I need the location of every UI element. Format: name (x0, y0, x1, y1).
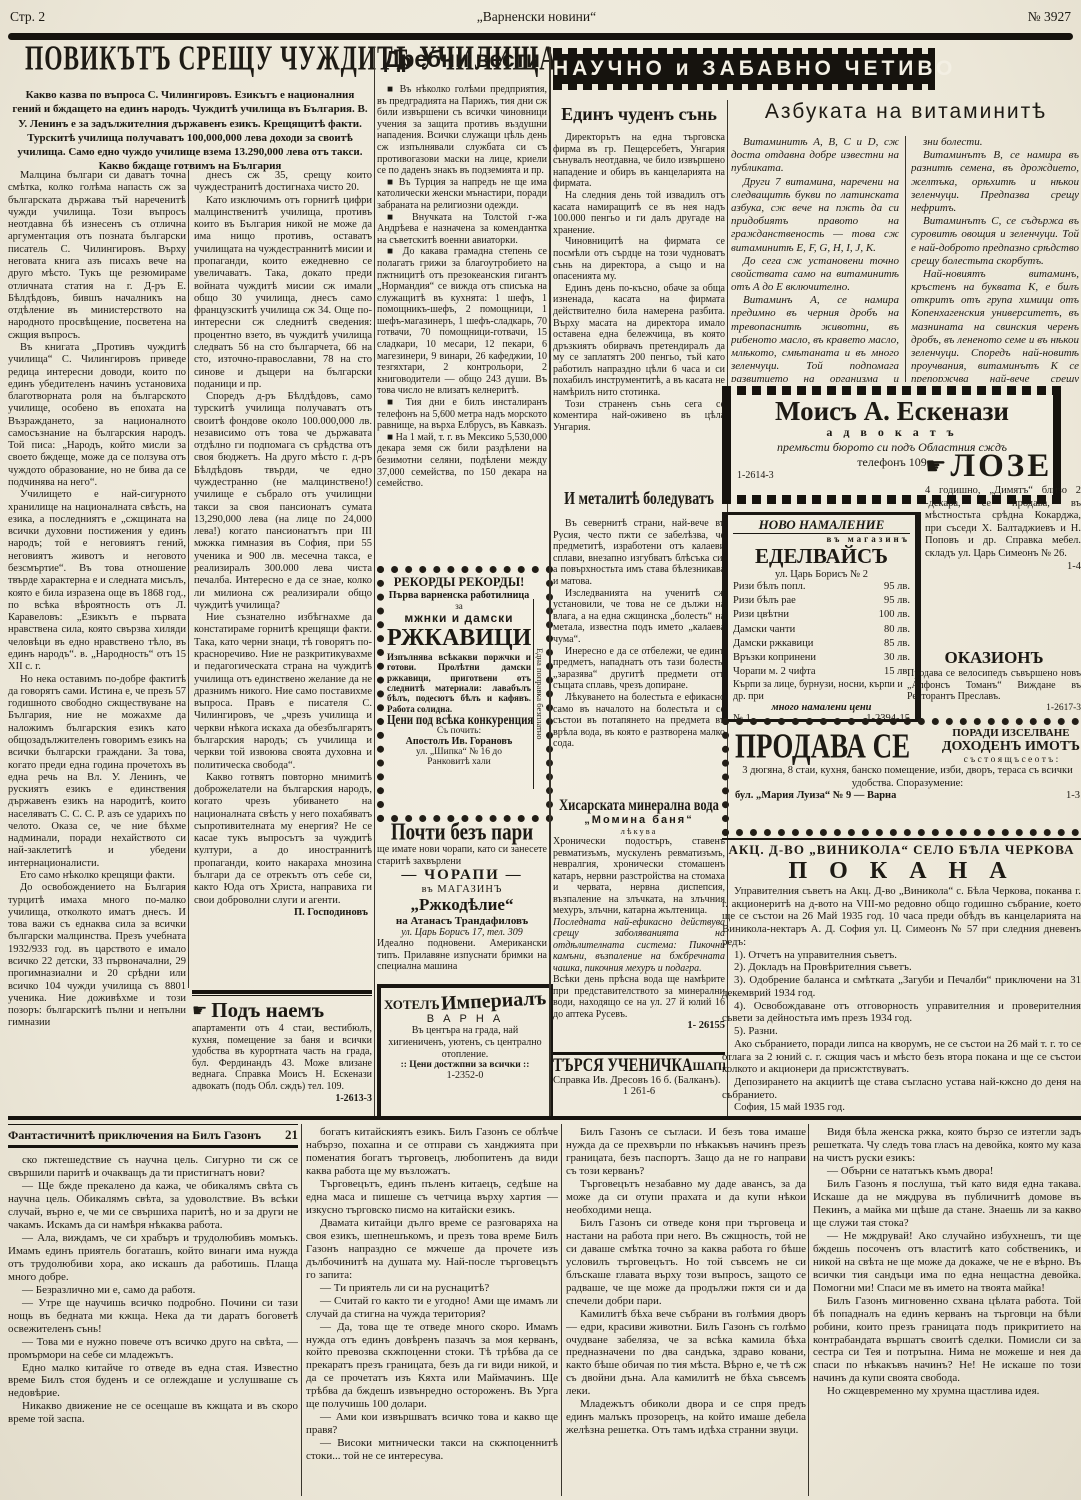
chorapi-title: Почти безъ пари (391, 822, 533, 847)
rkavici-line2: Първа варненска работилница (387, 590, 531, 601)
metals-headline: И металитѣ боледуватъ (553, 490, 725, 508)
vitamins-column-1: Витаминитѣ А, В, С и D, сж доста отдавна… (731, 136, 899, 382)
section-rule (374, 47, 375, 1116)
paragraph: ■ Въ Турция за напредъ не ще има католич… (377, 177, 547, 212)
paragraph: Училището е най-сигурното хранилище на н… (8, 489, 186, 673)
paragraph: Този страненъ сънь сега се коментира най… (553, 399, 725, 434)
column-rule (561, 1124, 562, 1496)
paragraph: Ето само нѣколко крещящи факти. (8, 870, 186, 882)
serial-episode-number: 21 (285, 1127, 298, 1143)
prodava-body: 3 дюгяна, 8 стаи, кухня, банско помещени… (735, 765, 1080, 790)
metals-body: Въ севернитѣ страни, най-вече въ Русия, … (553, 518, 725, 794)
column-rule (808, 1124, 809, 1496)
dream-body: Директорътъ на една търговска фирма въ г… (553, 132, 725, 484)
hisar-title: Хисарската минерална вода (559, 796, 719, 815)
price-cell: Дамски чанти (733, 623, 795, 637)
chorapi-lead: ще имате нови чорапи, като си занесете с… (377, 844, 547, 867)
masthead: Стр. 2 „Варненски новини“ № 3927 (10, 9, 1071, 25)
hisar-cures-label: лѣкува (553, 826, 725, 836)
prodava-addr: бул. „Мария Луиза“ № 9 — Варна (735, 790, 896, 801)
paragraph: Директорътъ на една търговска фирма въ г… (553, 132, 725, 190)
paragraph: Споредъ д-ръ Бѣлдѣдовъ, само турскитѣ уч… (194, 391, 372, 612)
paragraph: Витаминътъ С, се съдържа въ суровитѣ ово… (911, 215, 1079, 268)
paragraph: 3). Одобрение баланса и смѣтката „Загуби… (722, 974, 1081, 999)
hisar-body3: Всѣки день прѣсна вода ще намѣрите при п… (553, 974, 725, 1020)
paragraph: — Ала, виждамъ, че си храбъръ и трудолюб… (8, 1232, 298, 1284)
chorapi-body: Идеално подновени. Американски типъ. При… (377, 938, 547, 973)
paragraph: Управителния съветъ на Акц. Д-во „Винико… (722, 885, 1081, 949)
paragraph: — Ти приятель ли си на руснацитѣ? (306, 1282, 558, 1295)
ad-rule (553, 1052, 725, 1055)
edelweiss-address: ул. Царь Борисъ № 2 (733, 569, 910, 580)
pokana-title: П О К А Н А (722, 858, 1081, 885)
price-cell: Дамски ржкавици (733, 637, 813, 651)
prodava-r3: с ъ с т о я щ ъ с е о т ъ : (942, 755, 1080, 765)
okazion-code: 1-2617-3 (907, 703, 1081, 713)
science-banner-band: НАУЧНО и ЗАБАВНО ЧЕТИВО (553, 54, 935, 84)
paragraph: 2). Докладъ на Провѣрителния съветъ. (722, 961, 1081, 974)
paragraph: Никакво движение не се осещаше въ кжщата… (8, 1400, 298, 1426)
hat-title: ТЪРСЯ УЧЕНИЧКА (553, 1058, 693, 1077)
paragraph: зни болести. (911, 136, 1079, 149)
article-signature: П. Господиновъ (194, 907, 372, 918)
paragraph: Младежътъ обиколи двора и се спря предъ … (566, 1398, 806, 1437)
pod-naem-ad: ☛ Подъ наемъ апартаменти отъ 4 стаи, вес… (192, 990, 372, 1118)
issue-number: № 3927 (1028, 9, 1071, 25)
paragraph: Лѣкуването на болестьта е ефикасно само … (553, 692, 725, 750)
paragraph: Чиновницитѣ на фирмата се посмѣли отъ съ… (553, 236, 725, 282)
column-rule (188, 170, 189, 988)
serial-column-2: богатъ китайскиятъ езикъ. Билъ Газонъ се… (306, 1126, 558, 1496)
paragraph: Едно малко китайче го отведе въ една ста… (8, 1362, 298, 1401)
drebni-vesti-header: Дребни вести (377, 46, 547, 73)
paragraph: Други 7 витамина, наречени на следващитѣ… (731, 176, 899, 255)
rkavici-line3: за (387, 601, 531, 611)
hotel-city: В А Р Н А (384, 1013, 546, 1025)
column-rule (905, 136, 906, 382)
edelweiss-price-list: Ризи бѣлъ попл.95 лв.Ризи бѣлъ рае95 лв.… (733, 580, 910, 679)
price-row: Дамски чанти80 лв. (733, 623, 910, 637)
price-cell: 100 лв. (879, 608, 910, 622)
edelweiss-ad: НОВО НАМАЛЕНИЕ въ магазинъ ЕДЕЛВАЙСЪ ул.… (722, 512, 921, 722)
chorapi-ad: Почти безъ пари ще имате нови чорапи, ка… (377, 822, 547, 980)
paragraph: Витаминъ А, се намира предимно въ черния… (731, 294, 899, 382)
paragraph: Изследванията на ученитѣ сж установили, … (553, 588, 725, 646)
price-cell: Чорапи м. 2 чифта (733, 665, 816, 679)
paragraph: ■ Внучката на Толстой г-жа Андрѣева е на… (377, 212, 547, 247)
rkavici-ad: Една поправка безплатно РЕКОРДЫ РЕКОРДЫ!… (377, 566, 553, 822)
edelweiss-sub: въ магазинъ (733, 534, 910, 544)
paragraph: Търговецътъ, единъ пъленъ китаецъ, седѣш… (306, 1178, 558, 1217)
checker-border (553, 84, 935, 90)
paragraph: ско пжтешедствие съ научна цель. Сигурно… (8, 1154, 298, 1180)
science-banner: НАУЧНО и ЗАБАВНО ЧЕТИВО (553, 48, 935, 90)
paragraph: Витаминътъ В, се намира въ разнитѣ семен… (911, 149, 1079, 215)
loze-ad: ☛ ЛОЗЕ 4 годишно, „Димятъ“ близо 2 -дека… (925, 448, 1081, 646)
paragraph: — Да, това ще те отведе много скоро. Има… (306, 1321, 558, 1412)
rkavici-sign3: ул. „Шипка“ № 16 до (387, 747, 531, 757)
hat-ad: ТЪРСЯ УЧЕНИЧКА ШАПКАРКА Справка Ив. Дрес… (553, 1058, 725, 1116)
ad-rule (192, 990, 372, 994)
paragraph: Най-новиятъ витаминъ, кръстенъ на букват… (911, 268, 1079, 382)
paragraph: 4). Освобождаване отъ отговорность управ… (722, 1000, 1081, 1025)
okazion-ad: ОКАЗИОНЪ Продава се велосипедъ съвършено… (907, 648, 1081, 714)
serial-title-bar: Фантастичнитѣ приключения на Билъ Газонъ… (8, 1124, 298, 1148)
edelweiss-note-italic: много намалени цени (733, 702, 910, 713)
vitamins-headline: Азбуката на витаминитѣ (731, 100, 1081, 124)
foreign-schools-column-2-text: днесъ сж 35, срещу които чуждестранитѣ д… (194, 170, 372, 907)
paragraph: На следния день той извадилъ отъ касата … (553, 190, 725, 236)
vitamins-column-2: зни болести.Витаминътъ В, се намира въ р… (911, 136, 1079, 382)
chorapi-store-line: въ МАГАЗИНЪ (377, 884, 547, 895)
price-cell: 95 лв. (884, 580, 910, 594)
prodava-r1: ПОРАДИ ИЗСЕЛВАНЕ (942, 727, 1080, 739)
hotel-ad: ХОТЕЛЪ Империалъ В А Р Н А Въ центъра на… (377, 984, 553, 1120)
hotel-body: Въ центъра на града, най хигиениченъ, ую… (384, 1025, 546, 1060)
hotel-code: 1-2352-0 (384, 1070, 546, 1081)
paragraph: — Не мждрувай! Ако случайно избухнешъ, т… (813, 1230, 1081, 1295)
edelweiss-note: Кърпи за лице, бурнузи, носни, кърпи и д… (733, 679, 910, 702)
chorapi-address: ул. Царь Борисъ 17, тел. 309 (377, 927, 547, 938)
loze-title: ЛОЗЕ (951, 448, 1053, 485)
paragraph: — Високи митнически такси на скжпоценнит… (306, 1437, 558, 1463)
paragraph: 1). Отчетъ на управителния съветъ. (722, 949, 1081, 962)
paragraph: Ние съзнателно избѣгнахме да констатирам… (194, 612, 372, 772)
pod-naem-title: Подъ наемъ (211, 998, 324, 1023)
paragraph: — Безразлично ми е, само да работя. (8, 1284, 298, 1297)
rkavici-line4: мжнки и дамски (387, 611, 531, 625)
chorapi-owner: на Атанасъ Трандафиловъ (377, 915, 547, 927)
price-row: Ризи бѣлъ попл.95 лв. (733, 580, 910, 594)
foreign-schools-column-1: Малцина българи си даватъ точна смѣтка, … (8, 170, 186, 1120)
foreign-schools-headline: ПОВИКЪТЪ СРЕЩУ ЧУЖДИТѢ УЧИЛИЩА (8, 46, 372, 86)
paragraph: богатъ китайскиятъ езикъ. Билъ Газонъ се… (306, 1126, 558, 1178)
pokana-body: Управителния съветъ на Акц. Д-во „Винико… (722, 885, 1081, 1112)
okazion-title: ОКАЗИОНЪ (907, 648, 1081, 668)
loze-body: 4 годишно, „Димятъ“ близо 2 -декара, се … (925, 485, 1081, 561)
paragraph: Ако събранието, поради липса на кворумъ,… (722, 1038, 1081, 1076)
paragraph: 5). Разни. (722, 1025, 1081, 1038)
pointing-hand-icon: ☛ (925, 452, 947, 481)
paragraph: Билъ Газонъ я послуша, тъй като видя едн… (813, 1178, 1081, 1230)
ad-rule (192, 995, 372, 996)
paragraph: Но нека оставимъ по-добре фактитѣ да гов… (8, 674, 186, 871)
paragraph: ■ Тия дни е билъ инсталиранъ телефонъ на… (377, 397, 547, 432)
edelweiss-name: ЕДЕЛВАЙСЪ (733, 544, 910, 569)
price-row: Дамски ржкавици85 лв. (733, 637, 910, 651)
section-rule (549, 47, 551, 1116)
paragraph: Двамата китайци дълго време се разговаря… (306, 1217, 558, 1282)
dream-headline: Единъ чуденъ сънь (553, 104, 725, 125)
foreign-schools-column-2: днесъ сж 35, срещу които чуждестранитѣ д… (194, 170, 372, 988)
paragraph: Търговецътъ незабавно му даде авансъ, за… (566, 1178, 806, 1217)
newspaper-page: Стр. 2 „Варненски новини“ № 3927 ПОВИКЪТ… (0, 0, 1081, 1500)
paragraph: ■ Въ нѣколко голѣми предприятия, въ пред… (377, 84, 547, 177)
hisar-subtitle: „Момина баня“ (553, 814, 725, 826)
paragraph: — Това ми е нужно повече отъ всичко друг… (8, 1336, 298, 1362)
rkavici-body: Изпълнява всѣкакви поржчки и готови. Про… (387, 652, 531, 714)
paragraph: — Ще бжде прекалено да кажа, че обикалям… (8, 1180, 298, 1232)
paragraph: Инересно е да се отбележи, че единъ пред… (553, 646, 725, 692)
hat-code: 1 261-6 (553, 1086, 725, 1097)
paragraph: Видя бѣла женска ржка, която бързо се из… (813, 1126, 1081, 1165)
newspaper-title: „Варненски новини“ (477, 9, 596, 25)
chorapi-store: „Ржкодѣлие“ (377, 895, 547, 915)
paragraph: Депозирането на акциитѣ ще става съгласн… (722, 1076, 1081, 1101)
pod-naem-body: апартаменти отъ 4 стаи, вестибюлъ, кухня… (192, 1023, 372, 1093)
paragraph: Единъ день по-късно, обаче за обща изнен… (553, 283, 725, 399)
edelweiss-header: НОВО НАМАЛЕНИЕ (733, 517, 910, 534)
paragraph: Като изключимъ отъ горнитѣ цифри малцинс… (194, 195, 372, 392)
eskenazi-name: Моисъ А. Ескенази (737, 397, 1047, 425)
okazion-body: Продава се велосипедъ съвършено новъ „Ал… (907, 668, 1081, 703)
paragraph: — Считай го както ти е угодно! Ами ще им… (306, 1295, 558, 1321)
paragraph: Билъ Газонъ мигновенно схвана цѣлата раб… (813, 1295, 1081, 1386)
serial-column-1: ско пжтешедствие съ научна цель. Сигурно… (8, 1154, 298, 1496)
price-cell: Ризи бѣлъ попл. (733, 580, 806, 594)
paragraph: Витаминитѣ А, В, С и D, сж доста отдавна… (731, 136, 899, 176)
prodava-ad: ПРОДАВА СЕ ПОРАДИ ИЗСЕЛВАНЕ ДОХОДЕНЪ ИМО… (722, 718, 1081, 836)
prodava-r2: ДОХОДЕНЪ ИМОТЪ (942, 739, 1080, 755)
paragraph: Билъ Газонъ си отведе коня при търговеца… (566, 1217, 806, 1308)
price-row: Ризи цвѣтни100 лв. (733, 608, 910, 622)
serial-column-3: Билъ Газонъ се съгласи. И безъ това имаш… (566, 1126, 806, 1496)
hisar-ad: Хисарската минерална вода „Момина баня“ … (553, 796, 725, 1050)
paragraph: София, 15 май 1935 год. (722, 1101, 1081, 1112)
pointing-hand-icon: ☛ (192, 1001, 207, 1021)
paragraph: Малцина българи си даватъ точна смѣтка, … (8, 170, 186, 342)
hat-title2: ШАПКАРКА (693, 1061, 725, 1073)
serial-column-4: Видя бѣла женска ржка, която бързо се из… (813, 1126, 1081, 1496)
pokana-section: П О К А Н А Управителния съветъ на Акц. … (722, 858, 1081, 1112)
hotel-prices: :: Цени достжпни за всички :: (384, 1060, 546, 1070)
hisar-body2: Последната най-ефикасно действува срещу … (553, 917, 725, 975)
rkavici-sign2: Апостолъ Ив. Горановъ (387, 736, 531, 747)
price-cell: Ризи бѣлъ рае (733, 594, 796, 608)
prodava-title: ПРОДАВА СЕ (735, 726, 910, 766)
hotel-name: Империалъ (440, 987, 546, 1015)
paragraph: — Ами кои извършватъ всичко това и какво… (306, 1411, 558, 1437)
rkavici-sign4: Ранковитѣ хали (387, 757, 531, 767)
rkavici-title: РЖКАВИЦИ (387, 625, 531, 652)
paragraph: Камилитѣ бѣха вече събрани въ голѣмия дв… (566, 1308, 806, 1399)
rkavici-slogan: Цени под всѣка конкуренция (387, 712, 533, 727)
vinikola-header: АКЦ. Д-ВО „ВИНИКОЛА“ СЕЛО БѢЛА ЧЕРКОВА (722, 838, 1081, 858)
price-cell: Връзки копринени (733, 651, 816, 665)
paragraph: ■ До какава грамадна степень се полагатъ… (377, 246, 547, 397)
page-number-label: Стр. 2 (10, 9, 45, 25)
column-rule (301, 1124, 302, 1496)
rkavici-line1: РЕКОРДЫ РЕКОРДЫ! (387, 575, 531, 590)
price-row: Връзки копринени30 лв. (733, 651, 910, 665)
hisar-code: 1- 26155 (553, 1020, 725, 1031)
eskenazi-role: а д в о к а т ъ (737, 425, 1047, 440)
paragraph: — Утре ще научишь всичко подробно. Почин… (8, 1297, 298, 1336)
paragraph: До сега сж установени точно свойствата с… (731, 255, 899, 295)
price-cell: Ризи цвѣтни (733, 608, 789, 622)
paragraph: Какво готвятъ повторно мнимитѣ доброжела… (194, 772, 372, 907)
price-row: Ризи бѣлъ рае95 лв. (733, 594, 910, 608)
hotel-word: ХОТЕЛЪ (384, 997, 440, 1013)
paragraph: До освобождението на България турцитѣ им… (8, 882, 186, 1029)
paragraph: ■ На 1 май, т. г. въ Мексико 5,530,000 д… (377, 432, 547, 490)
serial-rule (8, 1116, 1081, 1120)
paragraph: днесъ сж 35, срещу които чуждестранитѣ д… (194, 170, 372, 195)
drebni-vesti-items: ■ Въ нѣколко голѣми предприятия, въ пред… (377, 84, 547, 562)
paragraph: Въ книгата „Противъ чуждитѣ училища“ С. … (8, 342, 186, 489)
pod-naem-code: 1-2613-3 (192, 1093, 372, 1104)
price-cell: 80 лв. (884, 623, 910, 637)
masthead-rule (8, 33, 1073, 40)
price-cell: 95 лв. (884, 594, 910, 608)
hisar-body1: Хронически подостъръ, ставенъ ревматизъм… (553, 836, 725, 917)
paragraph: Билъ Газонъ се съгласи. И безъ това имаш… (566, 1126, 806, 1178)
serial-title: Фантастичнитѣ приключения на Билъ Газонъ (8, 1128, 261, 1143)
rkavici-vertical-note: Една поправка безплатно (533, 599, 545, 789)
loze-code: 1-4 (925, 561, 1081, 572)
prodava-code: 1-3 (1066, 790, 1080, 801)
paragraph: Но сжщевременно му хрумна щастлива идея. (813, 1385, 1081, 1398)
paragraph: — Обърни се нататъкъ къмъ двора! (813, 1165, 1081, 1178)
price-row: Чорапи м. 2 чифта15 лв. (733, 665, 910, 679)
chorapi-word: — ЧОРАПИ — (377, 867, 547, 884)
foreign-schools-deck: Какво казва по въпроса С. Чилингировъ. Е… (10, 88, 370, 174)
paragraph: Въ севернитѣ страни, най-вече въ Русия, … (553, 518, 725, 588)
